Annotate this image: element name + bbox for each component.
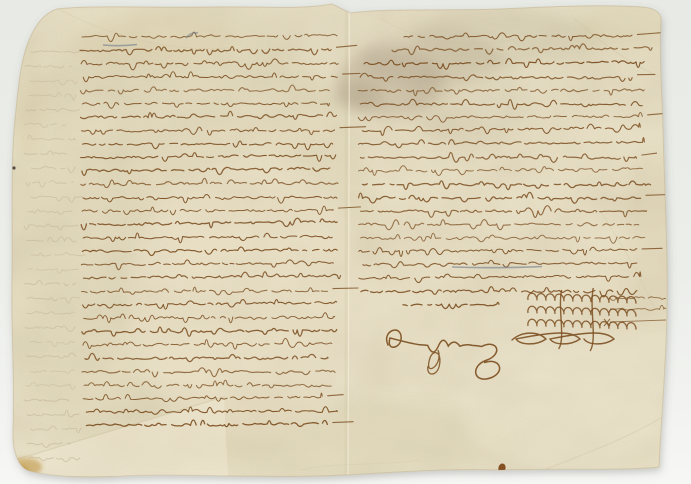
line-end-dash-flourish — [333, 288, 359, 289]
stain — [16, 40, 44, 160]
stain — [334, 81, 382, 111]
light-patch — [130, 160, 370, 440]
line-end-dash-flourish — [642, 248, 663, 249]
stain — [65, 12, 235, 68]
stain — [410, 50, 530, 150]
light-patch — [460, 330, 660, 470]
dark-speck — [12, 166, 15, 169]
parchment-sheet — [0, 0, 691, 484]
stain — [625, 150, 685, 320]
corner-stain-core — [12, 465, 27, 475]
center-fold-crease — [346, 5, 348, 477]
line-end-dash-flourish — [646, 195, 667, 196]
manuscript-scan — [0, 0, 691, 484]
manuscript-photo: Photograph of an early-modern French not… — [0, 0, 691, 484]
line-end-dash-flourish — [342, 73, 360, 74]
